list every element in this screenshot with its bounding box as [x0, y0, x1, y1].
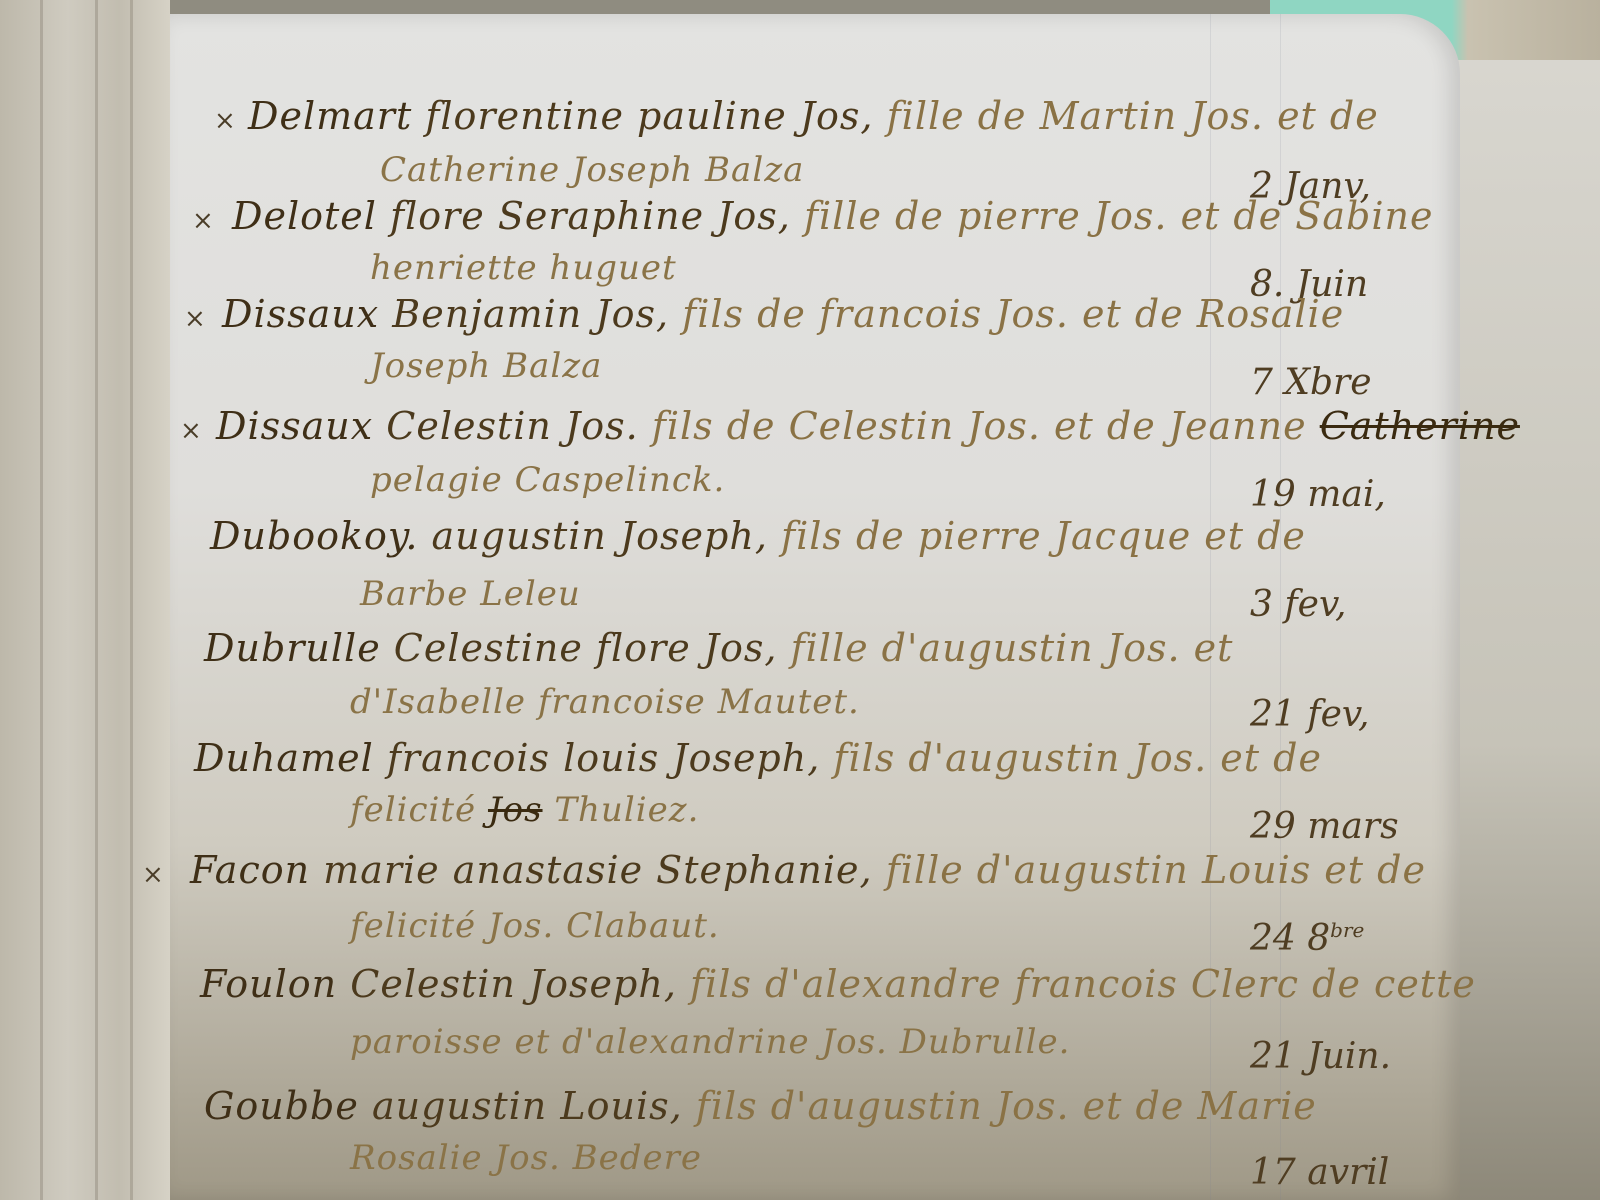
page-edge: [130, 0, 133, 1200]
entry-date: 24 8bre: [1250, 918, 1364, 959]
struck-word: Jos: [488, 790, 543, 830]
parent-given: felicité: [350, 790, 476, 830]
cross-mark: ×: [214, 106, 236, 136]
struck-word: Catherine: [1320, 404, 1520, 448]
parents: fille d'augustin Louis et de: [886, 848, 1426, 892]
entry-continuation: Joseph Balza: [370, 346, 602, 386]
entry-continuation: d'Isabelle francoise Mautet.: [350, 682, 860, 722]
surname: Dissaux: [222, 292, 379, 336]
entry-date: 29 mars: [1250, 806, 1399, 847]
entry-continuation: henriette huguet: [370, 248, 677, 288]
given-names: Celestin Jos.: [386, 404, 638, 448]
page-edge: [40, 0, 43, 1200]
date-day: 7: [1250, 362, 1273, 403]
given-names: Celestine flore Jos,: [394, 626, 778, 670]
entry-date: 21 Juin.: [1250, 1036, 1391, 1077]
parents: fille de pierre Jos. et de Sabine: [804, 194, 1433, 238]
date-day: 3: [1250, 584, 1273, 625]
surname: Facon: [190, 848, 310, 892]
given-names: Benjamin Jos,: [392, 292, 669, 336]
parents: fils de pierre Jacque et de: [781, 514, 1306, 558]
parents: fils de Celestin Jos. et de Jeanne: [652, 404, 1307, 448]
entry-continuation: felicité Jos Thuliez.: [350, 790, 699, 830]
date-month: fev,: [1284, 584, 1346, 625]
surname: Delotel: [232, 194, 377, 238]
entry-main-line: Dubookoy. augustin Joseph, fils de pierr…: [210, 514, 1306, 558]
entry-main-line: Dissaux Celestin Jos. fils de Celestin J…: [216, 404, 1520, 448]
page-edge: [95, 0, 98, 1200]
given-names: augustin Louis,: [372, 1084, 683, 1128]
entry-main-line: Delmart florentine pauline Jos, fille de…: [248, 94, 1379, 138]
entry-continuation: pelagie Caspelinck.: [370, 460, 725, 500]
date-month: mars: [1307, 806, 1398, 847]
parents: fils d'augustin Jos. et de: [833, 736, 1322, 780]
date-month-superscript: bre: [1330, 918, 1364, 942]
entry-date: 3 fev,: [1250, 584, 1347, 625]
given-names: augustin Joseph,: [432, 514, 768, 558]
cross-mark: ×: [142, 860, 164, 890]
surname: Duhamel: [194, 736, 374, 780]
entry-continuation: Barbe Leleu: [360, 574, 581, 614]
surname: Dubrulle: [204, 626, 381, 670]
cross-mark: ×: [180, 416, 202, 446]
date-month: fev,: [1307, 694, 1369, 735]
parents: fille d'augustin Jos. et: [791, 626, 1234, 670]
entry-main-line: Dissaux Benjamin Jos, fils de francois J…: [222, 292, 1344, 336]
entry-main-line: Duhamel francois louis Joseph, fils d'au…: [194, 736, 1322, 780]
parents: fils de francois Jos. et de Rosalie: [682, 292, 1344, 336]
surname: Dubookoy.: [210, 514, 418, 558]
entry-continuation: Catherine Joseph Balza: [380, 150, 804, 190]
cross-mark: ×: [184, 304, 206, 334]
cross-mark: ×: [192, 206, 214, 236]
ruled-margin: [1210, 14, 1211, 1200]
entry-main-line: Delotel flore Seraphine Jos, fille de pi…: [232, 194, 1433, 238]
given-names: flore Seraphine Jos,: [390, 194, 791, 238]
entry-continuation: felicité Jos. Clabaut.: [350, 906, 720, 946]
entry-main-line: Dubrulle Celestine flore Jos, fille d'au…: [204, 626, 1233, 670]
surname: Goubbe: [204, 1084, 359, 1128]
parents: fille de Martin Jos. et de: [887, 94, 1379, 138]
surname: Delmart: [248, 94, 412, 138]
entry-date: 7 Xbre: [1250, 362, 1372, 403]
register-page: × Delmart florentine pauline Jos, fille …: [170, 14, 1460, 1200]
entry-date: 21 fev,: [1250, 694, 1369, 735]
surname: Dissaux: [216, 404, 373, 448]
date-day: 21: [1250, 1036, 1296, 1077]
date-month: 8: [1307, 918, 1330, 959]
date-day: 29: [1250, 806, 1296, 847]
date-day: 21: [1250, 694, 1296, 735]
given-names: florentine pauline Jos,: [425, 94, 873, 138]
parent-surname: Thuliez.: [554, 790, 699, 830]
date-month: Juin.: [1307, 1036, 1391, 1077]
parents: fils d'alexandre francois Clerc de cette: [690, 962, 1476, 1006]
entry-continuation: paroisse et d'alexandrine Jos. Dubrulle.: [350, 1022, 1070, 1062]
given-names: francois louis Joseph,: [387, 736, 820, 780]
date-month: avril: [1307, 1152, 1389, 1193]
entry-date: 19 mai,: [1250, 474, 1386, 515]
entry-main-line: Facon marie anastasie Stephanie, fille d…: [190, 848, 1426, 892]
date-month: mai,: [1307, 474, 1386, 515]
facing-page: [1450, 60, 1600, 1200]
entry-main-line: Foulon Celestin Joseph, fils d'alexandre…: [200, 962, 1476, 1006]
surname: Foulon: [200, 962, 337, 1006]
entry-continuation: Rosalie Jos. Bedere: [350, 1138, 702, 1178]
entry-date: 17 avril: [1250, 1152, 1389, 1193]
given-names: marie anastasie Stephanie,: [323, 848, 872, 892]
date-day: 19: [1250, 474, 1296, 515]
date-day: 24: [1250, 918, 1296, 959]
parents: fils d'augustin Jos. et de Marie: [696, 1084, 1317, 1128]
date-day: 17: [1250, 1152, 1296, 1193]
date-month: Xbre: [1284, 362, 1371, 403]
book-binding-left: [0, 0, 170, 1200]
entry-main-line: Goubbe augustin Louis, fils d'augustin J…: [204, 1084, 1317, 1128]
given-names: Celestin Joseph,: [350, 962, 677, 1006]
